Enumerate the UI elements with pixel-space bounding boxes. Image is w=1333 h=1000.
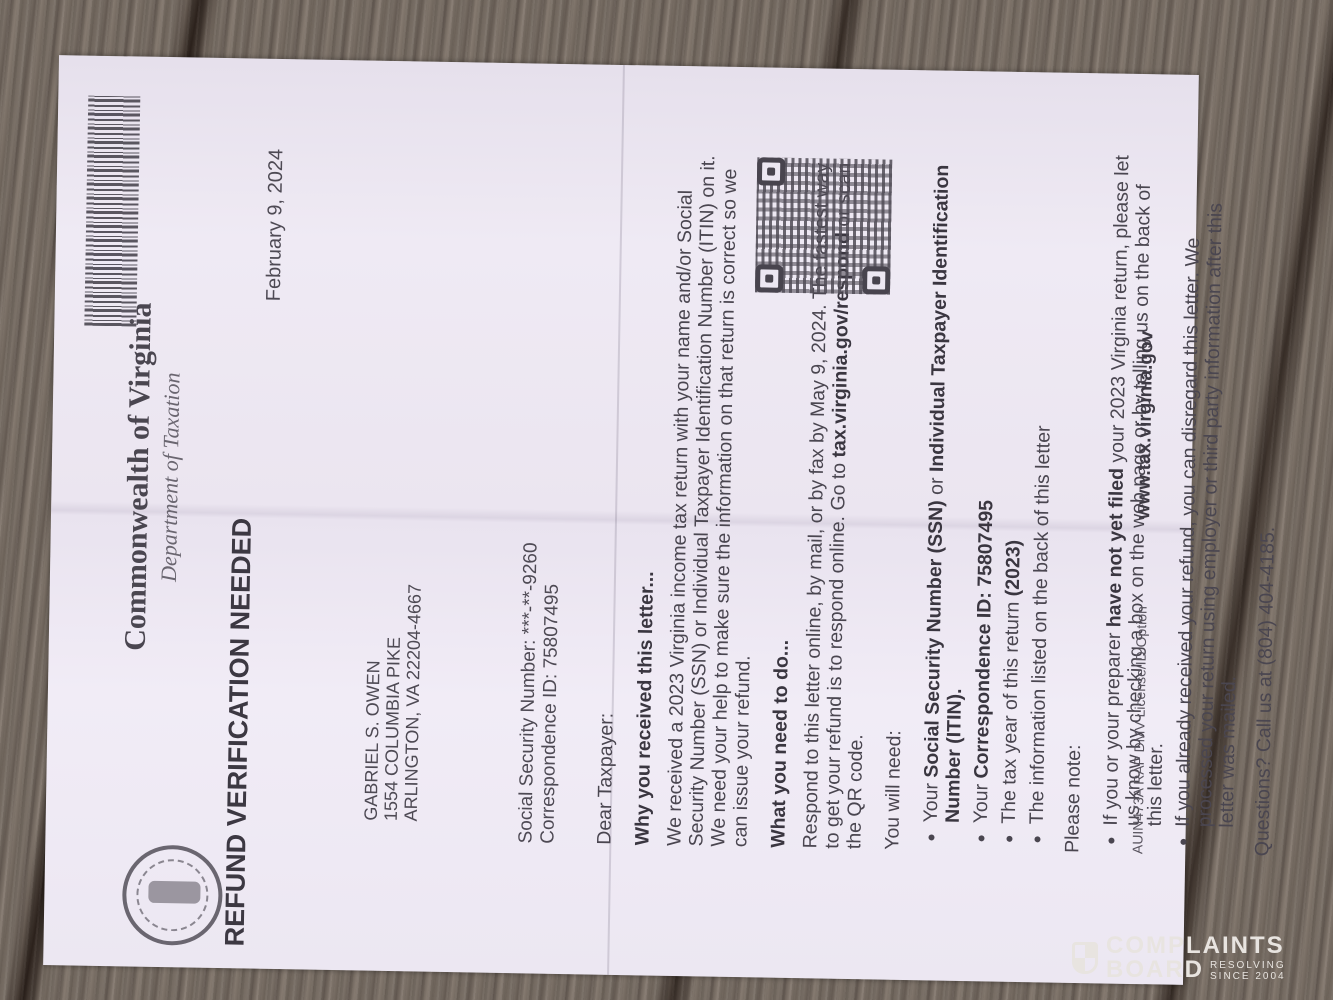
agency-name: Commonwealth of Virginia	[118, 266, 159, 687]
list-item: Your Correspondence ID: 75807495	[970, 151, 1004, 823]
notes-list: If you or your preparer have not yet fil…	[1099, 154, 1249, 856]
qr-code-icon[interactable]	[755, 157, 892, 294]
identifier-block: Social Security Number: ***-**-9260 Corr…	[515, 542, 564, 844]
department-name: Department of Taxation	[154, 267, 187, 687]
need-list: Your Social Security Number (SSN) or Ind…	[919, 150, 1059, 852]
why-body: We received a 2023 Virginia income tax r…	[663, 146, 763, 847]
letter-body: Dear Taxpayer: Why you received this let…	[593, 145, 1301, 857]
virginia-state-seal-icon	[122, 844, 224, 946]
qr-finder-icon	[757, 157, 785, 185]
list-item: If you already received your refund, you…	[1172, 155, 1250, 828]
list-item: The information listed on the back of th…	[1026, 152, 1060, 824]
complaints-board-shield-icon	[1072, 942, 1098, 974]
watermark-line1: COMPLAINTS	[1106, 934, 1286, 958]
note-intro: Please note:	[1061, 153, 1095, 853]
why-heading: Why you received this letter...	[631, 145, 665, 845]
watermark-tag2: SINCE 2004	[1210, 971, 1286, 982]
salutation: Dear Taxpayer:	[593, 145, 627, 845]
list-item: Your Social Security Number (SSN) or Ind…	[920, 150, 976, 823]
website-link[interactable]: www.tax.virginia.gov	[1133, 331, 1158, 520]
recipient-city: ARLINGTON, VA 22204-4667	[401, 584, 425, 822]
watermark-line2: BOARD	[1106, 958, 1204, 982]
letter-title: REFUND VERIFICATION NEEDED	[220, 518, 258, 947]
correspondence-id-line: Correspondence ID: 75807495	[537, 543, 564, 844]
questions-line: Questions? Call us at (804) 404-4185.	[1251, 156, 1285, 856]
qr-finder-icon	[862, 266, 890, 294]
letter-date: February 9, 2024	[263, 149, 289, 302]
qr-finder-icon	[755, 264, 783, 292]
letterhead: Commonwealth of Virginia Department of T…	[118, 266, 187, 687]
barcode-icon	[84, 96, 140, 327]
recipient-address: GABRIEL S. OWEN 1554 COLUMBIA PIKE ARLIN…	[361, 583, 425, 821]
watermark-tag1: RESOLVING	[1210, 960, 1286, 971]
tax-letter-sheet: Commonwealth of Virginia Department of T…	[43, 55, 1199, 985]
complaints-board-watermark: COMPLAINTS BOARD RESOLVING SINCE 2004	[1072, 934, 1286, 982]
list-item: The tax year of this return (2023)	[998, 152, 1032, 824]
